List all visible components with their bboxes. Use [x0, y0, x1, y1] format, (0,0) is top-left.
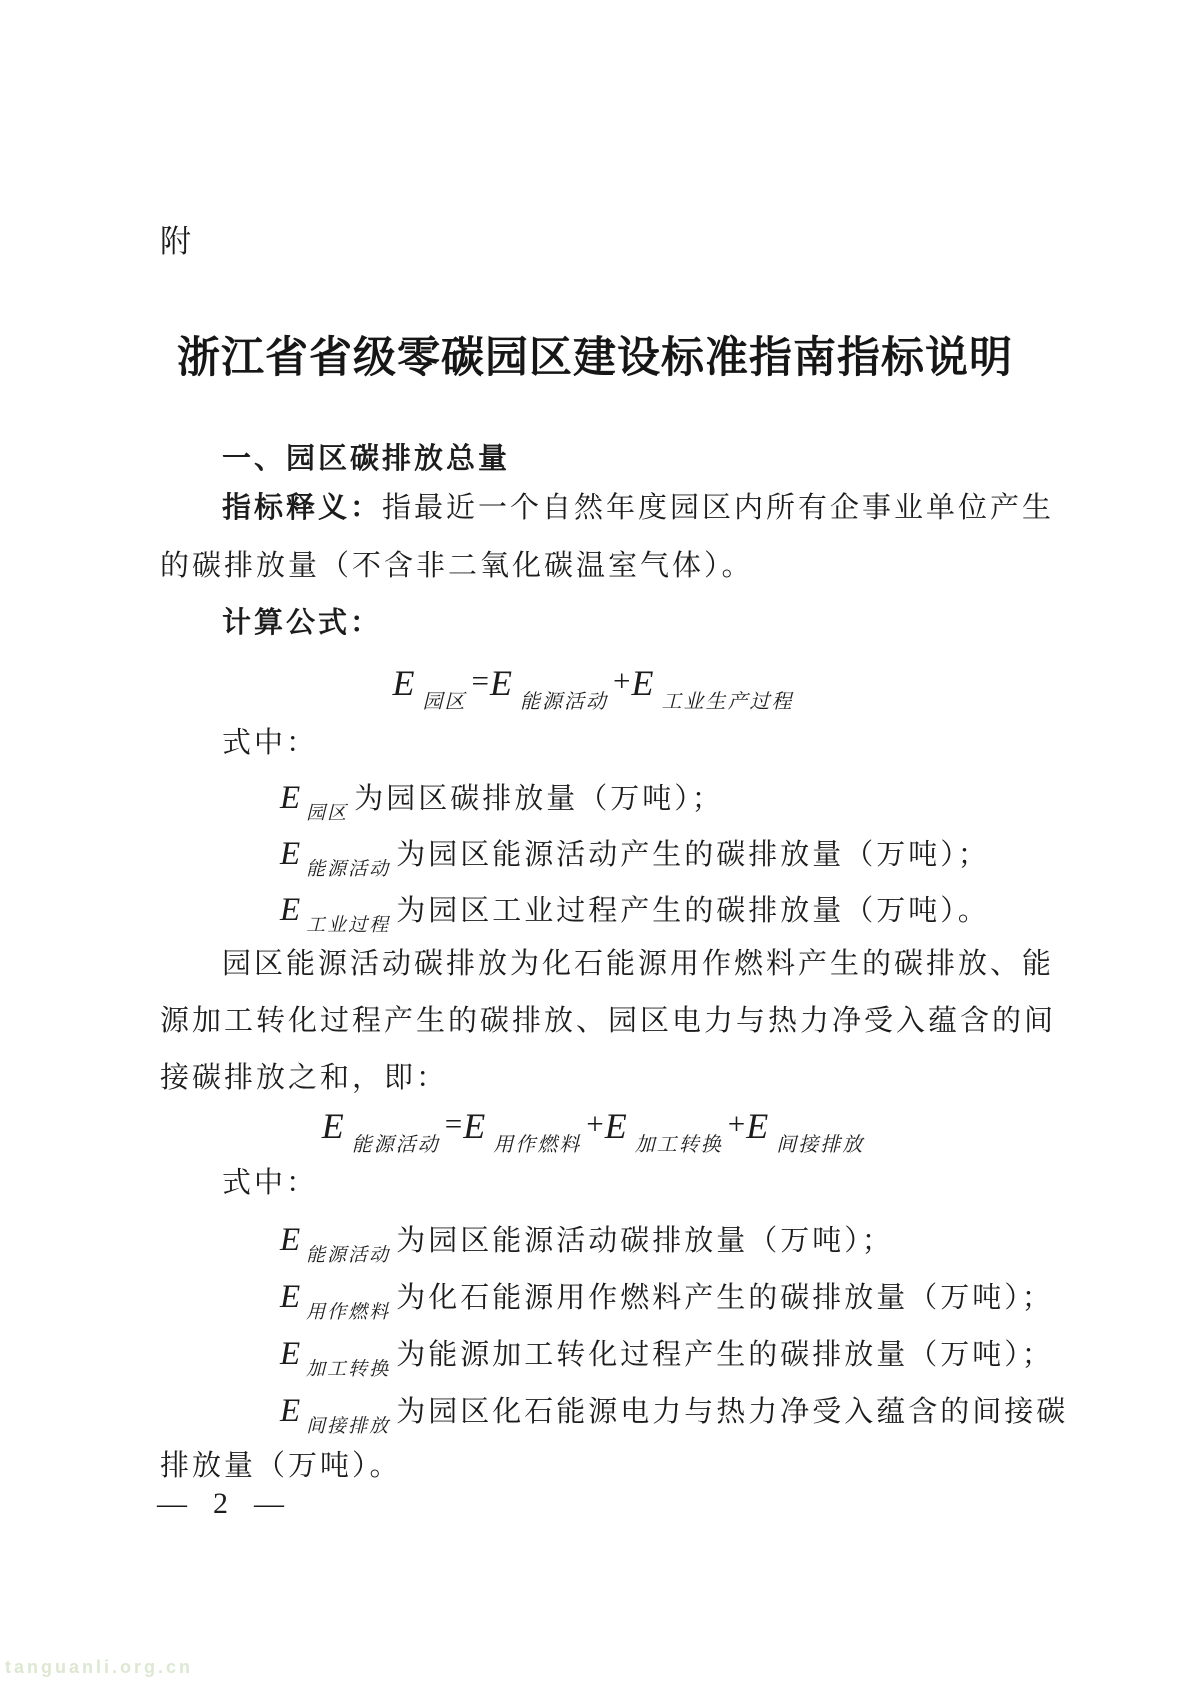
var-E-subscript: 间接排放 [306, 1416, 390, 1437]
where-label-2: 式中： [222, 1167, 318, 1200]
var-E-subscript: 能源活动 [520, 691, 608, 713]
page-number-dash-left: — [157, 1487, 187, 1521]
definition-paragraph-line1: 指标释义：指最近一个自然年度园区内所有企事业单位产生 [222, 492, 1054, 525]
var-E-subscript: 用作燃料 [306, 1302, 390, 1323]
definition-line-energy-activity: E能源活动为园区能源活动产生的碳排放量（万吨）； [280, 836, 990, 874]
var-E: E [605, 1106, 627, 1146]
section1-heading: 一、园区碳排放总量 [222, 443, 510, 476]
formula-energy-activity: E能源活动=E用作燃料+E加工转换+E间接排放 [0, 1105, 1190, 1147]
plus-sign: + [586, 1106, 603, 1141]
var-E: E [280, 836, 300, 872]
var-E-subscript: 能源活动 [306, 1245, 390, 1266]
var-E-subscript: 用作燃料 [493, 1134, 581, 1156]
energy-paragraph-line3: 接碳排放之和，即： [160, 1062, 448, 1095]
definition-line-industrial-process: E工业过程为园区工业过程产生的碳排放量（万吨）。 [280, 892, 990, 930]
definition-text: 为园区能源活动产生的碳排放量（万吨）； [396, 839, 990, 871]
var-E: E [280, 1336, 300, 1372]
definition-text: 为园区工业过程产生的碳排放量（万吨）。 [396, 895, 990, 927]
var-E: E [280, 1393, 300, 1429]
definition-text: 为化石能源用作燃料产生的碳排放量（万吨）； [396, 1282, 1054, 1314]
definition-line-energy-activity-2: E能源活动为园区能源活动碳排放量（万吨）； [280, 1222, 894, 1260]
var-E-subscript: 加工转换 [306, 1359, 390, 1380]
where-label-1: 式中： [222, 727, 318, 760]
energy-paragraph-line1: 园区能源活动碳排放为化石能源用作燃料产生的碳排放、能 [222, 948, 1054, 981]
definition-text: 为能源加工转化过程产生的碳排放量（万吨）； [396, 1339, 1054, 1371]
var-E: E [631, 663, 653, 703]
var-E: E [393, 663, 415, 703]
energy-paragraph-line2: 源加工转化过程产生的碳排放、园区电力与热力净受入蕴含的间 [160, 1005, 1056, 1038]
definition-line-indirect-emissions-cont: 排放量（万吨）。 [160, 1450, 402, 1483]
var-E-subscript: 园区 [423, 691, 467, 713]
equals-sign: = [445, 1106, 462, 1141]
var-E: E [322, 1106, 344, 1146]
var-E-subscript: 能源活动 [352, 1134, 440, 1156]
page-number-dash-right: — [254, 1487, 284, 1521]
formula-park-total: E园区=E能源活动+E工业生产过程 [0, 662, 1190, 704]
definition-line-indirect-emissions: E间接排放为园区化石能源电力与热力净受入蕴含的间接碳 [280, 1393, 1068, 1431]
equals-sign: = [472, 663, 489, 698]
definition-paragraph-line2: 的碳排放量（不含非二氧化碳温室气体）。 [160, 550, 754, 583]
definition-text-part1: 指最近一个自然年度园区内所有企事业单位产生 [382, 492, 1054, 524]
definition-line-park: E园区为园区碳排放量（万吨）； [280, 780, 724, 818]
plus-sign: + [613, 663, 630, 698]
definition-line-processing-conversion: E加工转换为能源加工转化过程产生的碳排放量（万吨）； [280, 1336, 1054, 1374]
attachment-label: 附 [160, 216, 191, 261]
plus-sign: + [728, 1106, 745, 1141]
document-page: 附 浙江省省级零碳园区建设标准指南指标说明 一、园区碳排放总量 指标释义：指最近… [0, 0, 1190, 1683]
var-E: E [746, 1106, 768, 1146]
definition-line-fuel-use: E用作燃料为化石能源用作燃料产生的碳排放量（万吨）； [280, 1279, 1054, 1317]
var-E: E [280, 1222, 300, 1258]
document-title: 浙江省省级零碳园区建设标准指南指标说明 [0, 324, 1190, 385]
var-E-subscript: 工业生产过程 [661, 691, 793, 713]
formula-label: 计算公式： [222, 607, 382, 640]
definition-label: 指标释义： [222, 492, 382, 524]
var-E-subscript: 工业过程 [306, 915, 390, 936]
page-number-value: 2 [213, 1487, 228, 1521]
var-E-subscript: 园区 [306, 803, 348, 824]
var-E: E [490, 663, 512, 703]
var-E: E [463, 1106, 485, 1146]
var-E: E [280, 1279, 300, 1315]
var-E-subscript: 加工转换 [635, 1134, 723, 1156]
page-number: — 2 — [157, 1487, 284, 1521]
var-E: E [280, 780, 300, 816]
definition-text: 为园区碳排放量（万吨）； [354, 783, 724, 815]
var-E-subscript: 间接排放 [776, 1134, 864, 1156]
var-E-subscript: 能源活动 [306, 859, 390, 880]
watermark-text: tanguanli.org.cn [5, 1657, 193, 1678]
var-E: E [280, 892, 300, 928]
definition-text: 为园区化石能源电力与热力净受入蕴含的间接碳 [396, 1396, 1068, 1428]
definition-text: 为园区能源活动碳排放量（万吨）； [396, 1225, 894, 1257]
